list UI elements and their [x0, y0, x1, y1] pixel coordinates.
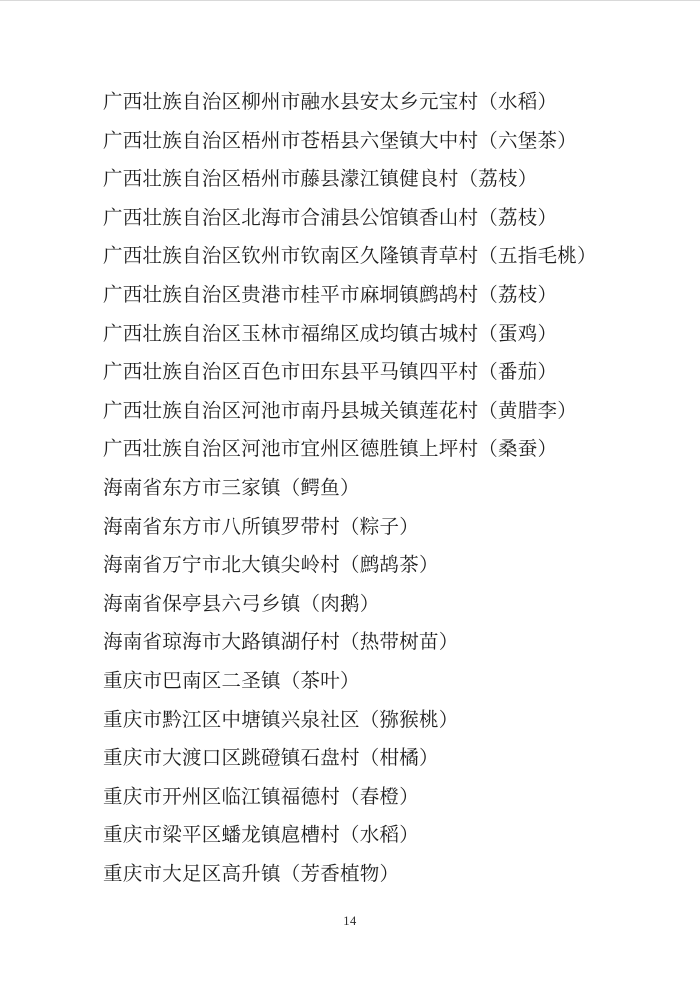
page-top-edge — [0, 0, 700, 1]
entry-line: 海南省东方市八所镇罗带村（粽子） — [103, 509, 680, 548]
entry-line: 广西壮族自治区梧州市苍梧县六堡镇大中村（六堡茶） — [103, 123, 680, 162]
entry-list: 广西壮族自治区柳州市融水县安太乡元宝村（水稻）广西壮族自治区梧州市苍梧县六堡镇大… — [103, 84, 680, 894]
entry-line: 重庆市巴南区二圣镇（茶叶） — [103, 663, 680, 702]
entry-line: 海南省东方市三家镇（鳄鱼） — [103, 470, 680, 509]
entry-line: 广西壮族自治区贵港市桂平市麻垌镇鹧鸪村（荔枝） — [103, 277, 680, 316]
entry-line: 重庆市开州区临江镇福德村（春橙） — [103, 779, 680, 818]
page-number: 14 — [343, 914, 357, 928]
entry-line: 海南省保亭县六弓乡镇（肉鹅） — [103, 586, 680, 625]
entry-line: 广西壮族自治区柳州市融水县安太乡元宝村（水稻） — [103, 84, 680, 123]
entry-line: 重庆市梁平区蟠龙镇扈槽村（水稻） — [103, 817, 680, 856]
entry-line: 海南省万宁市北大镇尖岭村（鹧鸪茶） — [103, 547, 680, 586]
entry-line: 广西壮族自治区玉林市福绵区成均镇古城村（蛋鸡） — [103, 316, 680, 355]
entry-line: 广西壮族自治区梧州市藤县濛江镇健良村（荔枝） — [103, 161, 680, 200]
entry-line: 广西壮族自治区河池市南丹县城关镇莲花村（黄腊李） — [103, 393, 680, 432]
entry-line: 广西壮族自治区钦州市钦南区久隆镇青草村（五指毛桃） — [103, 238, 680, 277]
entry-line: 重庆市大渡口区跳磴镇石盘村（柑橘） — [103, 740, 680, 779]
entry-line: 重庆市黔江区中塘镇兴泉社区（猕猴桃） — [103, 702, 680, 741]
document-page: 广西壮族自治区柳州市融水县安太乡元宝村（水稻）广西壮族自治区梧州市苍梧县六堡镇大… — [0, 0, 700, 990]
entry-line: 重庆市大足区高升镇（芳香植物） — [103, 856, 680, 895]
entry-line: 广西壮族自治区百色市田东县平马镇四平村（番茄） — [103, 354, 680, 393]
entry-line: 海南省琼海市大路镇湖仔村（热带树苗） — [103, 624, 680, 663]
page-footer: 14 — [0, 912, 700, 930]
entry-line: 广西壮族自治区河池市宜州区德胜镇上坪村（桑蚕） — [103, 431, 680, 470]
entry-line: 广西壮族自治区北海市合浦县公馆镇香山村（荔枝） — [103, 200, 680, 239]
